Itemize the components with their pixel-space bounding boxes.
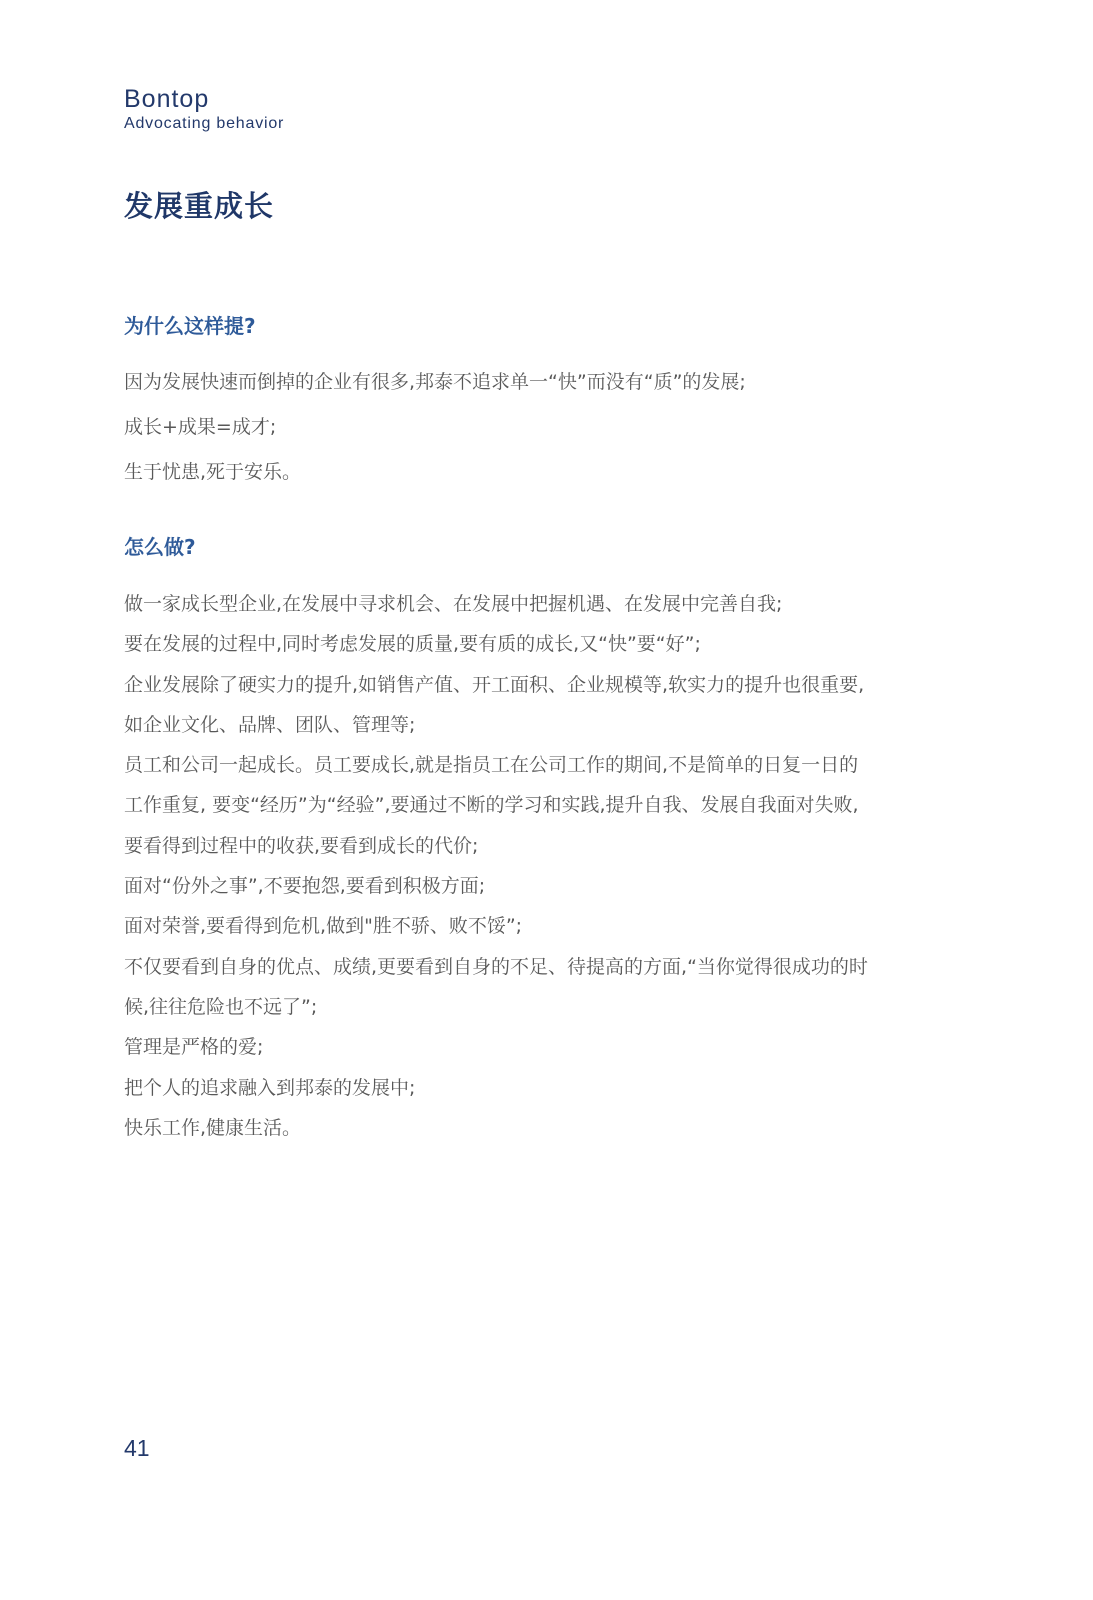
body-line: 把个人的追求融入到邦泰的发展中;: [124, 1068, 944, 1108]
section-heading-why: 为什么这样提?: [124, 312, 944, 340]
brand-subtitle: Advocating behavior: [124, 114, 284, 134]
body-line: 成长+成果=成才;: [124, 405, 944, 450]
body-line: 要看得到过程中的收获,要看到成长的代价;: [124, 826, 944, 866]
body-line: 面对“份外之事”,不要抱怨,要看到积极方面;: [124, 866, 944, 906]
body-line: 面对荣誉,要看得到危机,做到"胜不骄、败不馁”;: [124, 906, 944, 946]
body-line: 管理是严格的爱;: [124, 1027, 944, 1067]
body-line: 因为发展快速而倒掉的企业有很多,邦泰不追求单一“快”而没有“质”的发展;: [124, 360, 944, 405]
brand-name: Bontop: [124, 84, 284, 114]
page-number: 41: [124, 1435, 150, 1462]
body-line: 快乐工作,健康生活。: [124, 1108, 944, 1148]
section-why-body: 因为发展快速而倒掉的企业有很多,邦泰不追求单一“快”而没有“质”的发展; 成长+…: [124, 360, 944, 495]
section-how-body: 做一家成长型企业,在发展中寻求机会、在发展中把握机遇、在发展中完善自我; 要在发…: [124, 584, 944, 1148]
body-line: 不仅要看到自身的优点、成绩,更要看到自身的不足、待提高的方面,“当你觉得很成功的…: [124, 947, 944, 987]
brand-header: Bontop Advocating behavior: [124, 84, 284, 134]
page-title: 发展重成长: [124, 184, 274, 225]
body-line: 要在发展的过程中,同时考虑发展的质量,要有质的成长,又“快”要“好”;: [124, 624, 944, 664]
body-line: 候,往往危险也不远了”;: [124, 987, 944, 1027]
body-line: 生于忧患,死于安乐。: [124, 450, 944, 495]
body-line: 员工和公司一起成长。员工要成长,就是指员工在公司工作的期间,不是简单的日复一日的: [124, 745, 944, 785]
section-how: 怎么做? 做一家成长型企业,在发展中寻求机会、在发展中把握机遇、在发展中完善自我…: [124, 533, 944, 1148]
section-heading-how: 怎么做?: [124, 533, 944, 561]
body-line: 如企业文化、品牌、团队、管理等;: [124, 705, 944, 745]
section-why: 为什么这样提? 因为发展快速而倒掉的企业有很多,邦泰不追求单一“快”而没有“质”…: [124, 312, 944, 495]
body-line: 企业发展除了硬实力的提升,如销售产值、开工面积、企业规模等,软实力的提升也很重要…: [124, 665, 944, 705]
body-line: 工作重复, 要变“经历”为“经验”,要通过不断的学习和实践,提升自我、发展自我面…: [124, 785, 944, 825]
body-line: 做一家成长型企业,在发展中寻求机会、在发展中把握机遇、在发展中完善自我;: [124, 584, 944, 624]
